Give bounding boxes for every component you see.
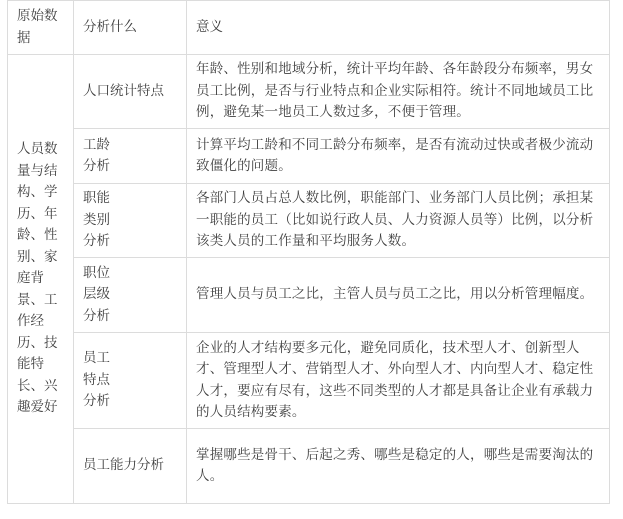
- what-line: 职位: [83, 263, 177, 285]
- header-what: 分析什么: [74, 1, 187, 55]
- what-cell: 人口统计特点: [74, 55, 187, 129]
- table-row: 职位 层级 分析 管理人员与员工之比，主管人员与员工之比，用以分析管理幅度。: [8, 258, 610, 333]
- what-line: 层级: [83, 284, 177, 306]
- what-cell: 员工 特点 分析: [74, 333, 187, 429]
- meaning-cell: 掌握哪些是骨干、后起之秀、哪些是稳定的人，哪些是需要淘汰的人。: [187, 429, 610, 504]
- table-row: 员工能力分析 掌握哪些是骨干、后起之秀、哪些是稳定的人，哪些是需要淘汰的人。: [8, 429, 610, 504]
- meaning-cell: 各部门人员占总人数比例，职能部门、业务部门人员比例；承担某一职能的员工（比如说行…: [187, 184, 610, 258]
- meaning-cell: 年龄、性别和地域分析，统计平均年龄、各年龄段分布频率，男女员工比例，是否与行业特…: [187, 55, 610, 129]
- table-row: 工龄 分析 计算平均工龄和不同工龄分布频率，是否有流动过快或者极少流动致僵化的问…: [8, 129, 610, 184]
- what-line: 职能: [83, 188, 177, 210]
- table-row: 人员数量与结构、学历、年龄、性别、家庭背景、工作经历、技能特长、兴趣爱好 人口统…: [8, 55, 610, 129]
- table-row: 员工 特点 分析 企业的人才结构要多元化，避免同质化，技术型人才、创新型人才、管…: [8, 333, 610, 429]
- meaning-cell: 计算平均工龄和不同工龄分布频率，是否有流动过快或者极少流动致僵化的问题。: [187, 129, 610, 184]
- what-cell: 员工能力分析: [74, 429, 187, 504]
- what-line: 员工: [83, 348, 177, 370]
- what-line: 类别: [83, 210, 177, 232]
- header-row: 原始数据 分析什么 意义: [8, 1, 610, 55]
- what-cell: 职能 类别 分析: [74, 184, 187, 258]
- what-line: 工龄: [83, 135, 177, 157]
- what-line: 分析: [83, 156, 177, 178]
- meaning-cell: 企业的人才结构要多元化，避免同质化，技术型人才、创新型人才、管理型人才、营销型人…: [187, 333, 610, 429]
- what-line: 分析: [83, 306, 177, 328]
- what-cell: 工龄 分析: [74, 129, 187, 184]
- source-data-cell: 人员数量与结构、学历、年龄、性别、家庭背景、工作经历、技能特长、兴趣爱好: [8, 55, 74, 504]
- table-row: 职能 类别 分析 各部门人员占总人数比例，职能部门、业务部门人员比例；承担某一职…: [8, 184, 610, 258]
- what-line: 分析: [83, 231, 177, 253]
- header-source: 原始数据: [8, 1, 74, 55]
- what-cell: 职位 层级 分析: [74, 258, 187, 333]
- what-line: 分析: [83, 391, 177, 413]
- what-line: 特点: [83, 370, 177, 392]
- header-meaning: 意义: [187, 1, 610, 55]
- meaning-cell: 管理人员与员工之比，主管人员与员工之比，用以分析管理幅度。: [187, 258, 610, 333]
- hr-analysis-table: 原始数据 分析什么 意义 人员数量与结构、学历、年龄、性别、家庭背景、工作经历、…: [7, 0, 610, 504]
